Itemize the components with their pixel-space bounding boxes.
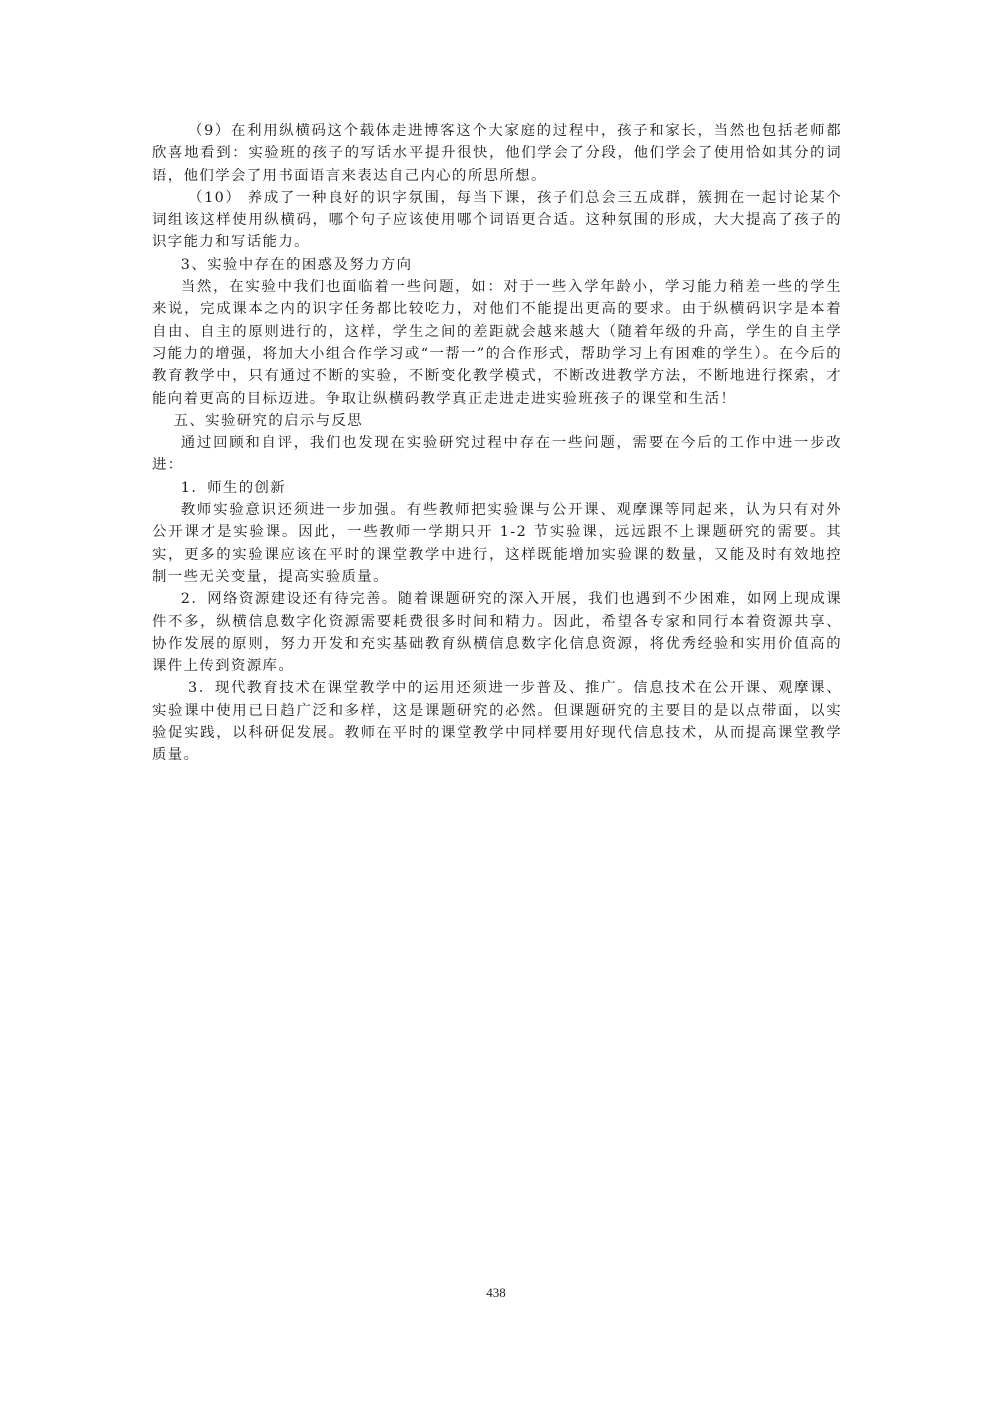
paragraph-9: （9）在利用纵横码这个载体走进博客这个大家庭的过程中，孩子和家长，当然也包括老师… bbox=[152, 120, 842, 187]
subheading-1: 1．师生的创新 bbox=[152, 477, 842, 499]
section-heading-3: 3、实验中存在的困惑及努力方向 bbox=[152, 254, 842, 276]
paragraph-network-resources: 2．网络资源建设还有待完善。随着课题研究的深入开展，我们也遇到不少困难，如网上现… bbox=[152, 588, 842, 677]
paragraph-modern-technology: 3．现代教育技术在课堂教学中的运用还须进一步普及、推广。信息技术在公开课、观摩课… bbox=[152, 677, 842, 766]
paragraph-10: （10） 养成了一种良好的识字氛围，每当下课，孩子们总会三五成群，簇拥在一起讨论… bbox=[152, 187, 842, 254]
paragraph-teacher-awareness: 教师实验意识还须进一步加强。有些教师把实验课与公开课、观摩课等同起来，认为只有对… bbox=[152, 499, 842, 588]
paragraph-problems: 当然，在实验中我们也面临着一些问题，如：对于一些入学年龄小，学习能力稍差一些的学… bbox=[152, 276, 842, 410]
page-number: 438 bbox=[0, 1285, 992, 1301]
paragraph-review: 通过回顾和自评，我们也发现在实验研究过程中存在一些问题，需要在今后的工作中进一步… bbox=[152, 432, 842, 477]
section-heading-5: 五、实验研究的启示与反思 bbox=[152, 410, 842, 432]
document-body: （9）在利用纵横码这个载体走进博客这个大家庭的过程中，孩子和家长，当然也包括老师… bbox=[152, 120, 842, 767]
